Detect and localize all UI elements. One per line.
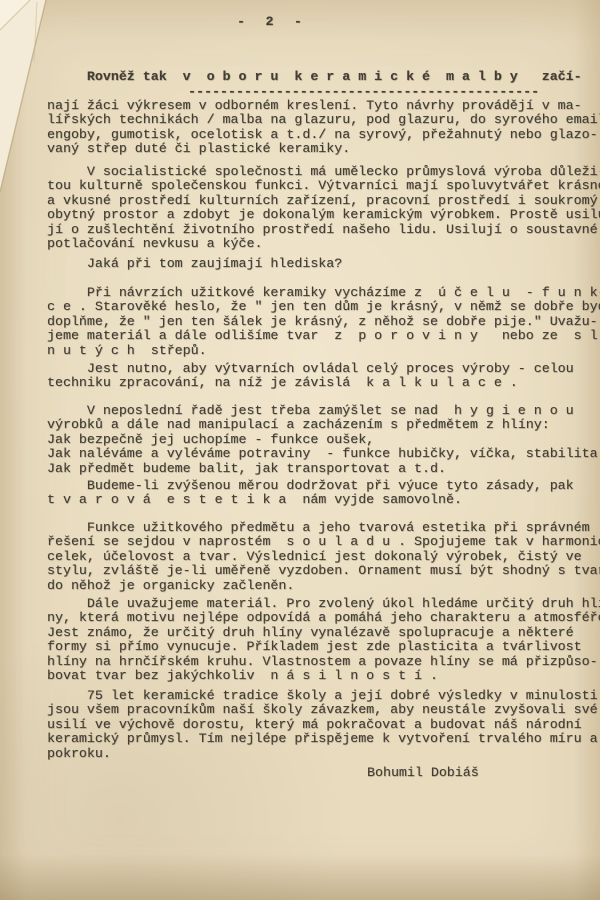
paragraph-75-years-tradition: 75 let keramické tradice školy a její do… bbox=[47, 689, 598, 761]
paragraph-hygiene-handling: V neposlední řadě jest třeba zamýšlet se… bbox=[47, 404, 598, 476]
paragraph-material-clay: Dále uvažujeme materiál. Pro zvolený úko… bbox=[47, 597, 600, 683]
paragraph-intro-ceramic-painting: nají žáci výkresem v odborném kreslení. … bbox=[47, 99, 600, 157]
document-page: - 2 - Rovněž tak v o b o r u k e r a m i… bbox=[0, 0, 600, 900]
paragraph-harmony-of-function: Funkce užitkového předmětu a jeho tvarov… bbox=[47, 521, 600, 593]
paragraph-function-purpose: Při návrzích užitkové keramiky vycházíme… bbox=[47, 286, 600, 358]
paragraph-production-process: Jest nutno, aby výtvarních ovládal celý … bbox=[47, 362, 574, 391]
paragraph-socialist-society: V socialistické společnosti má umělecko … bbox=[47, 165, 600, 251]
page-number: - 2 - bbox=[237, 15, 303, 29]
section-heading: Rovněž tak v o b o r u k e r a m i c k é… bbox=[47, 70, 582, 84]
author-signature: Bohumil Dobiáš bbox=[367, 766, 479, 780]
paragraph-question: Jaká při tom zaujímají hlediska? bbox=[47, 257, 342, 271]
paragraph-form-aesthetics: Budeme-li zvýšenou měrou dodržovat při v… bbox=[47, 479, 574, 508]
